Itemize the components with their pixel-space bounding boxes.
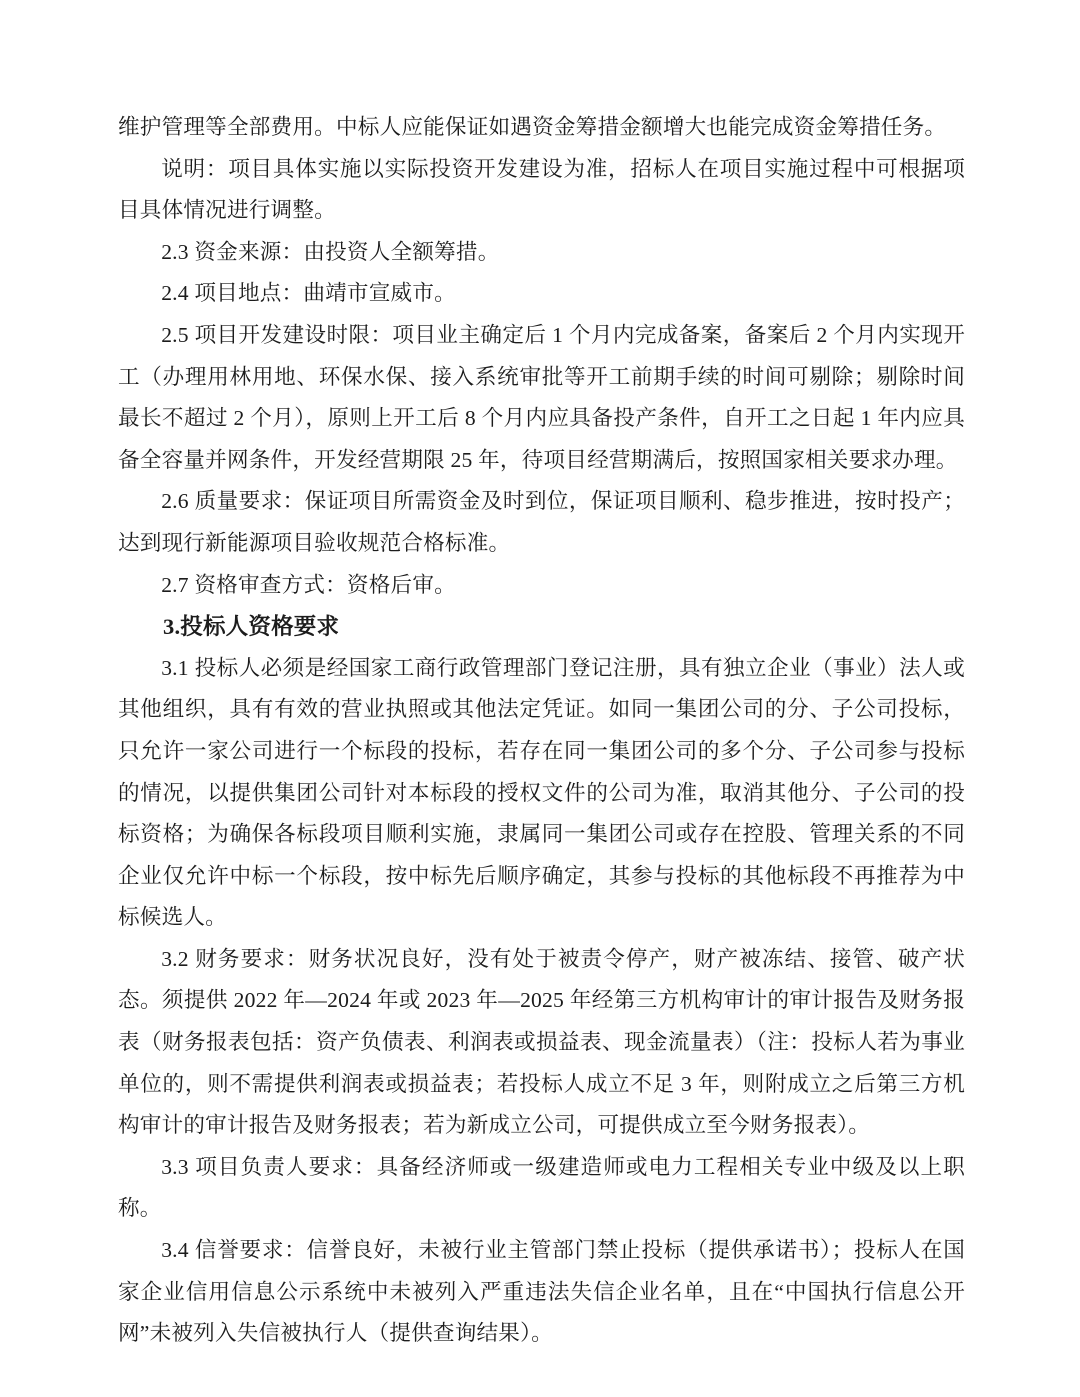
clause-2-4: 2.4 项目地点：曲靖市宣威市。 (118, 273, 965, 315)
section-3-heading: 3.投标人资格要求 (118, 606, 965, 648)
paragraph-continuation: 维护管理等全部费用。中标人应能保证如遇资金筹措金额增大也能完成资金筹措任务。 (118, 107, 965, 149)
document-body: 维护管理等全部费用。中标人应能保证如遇资金筹措金额增大也能完成资金筹措任务。 说… (118, 107, 965, 1355)
clause-2-7: 2.7 资格审查方式：资格后审。 (118, 565, 965, 607)
clause-3-4: 3.4 信誉要求：信誉良好，未被行业主管部门禁止投标（提供承诺书）；投标人在国家… (118, 1230, 965, 1355)
clause-3-3: 3.3 项目负责人要求：具备经济师或一级建造师或电力工程相关专业中级及以上职称。 (118, 1147, 965, 1230)
clause-2-5: 2.5 项目开发建设时限：项目业主确定后 1 个月内完成备案，备案后 2 个月内… (118, 315, 965, 481)
paragraph-note: 说明：项目具体实施以实际投资开发建设为准，招标人在项目实施过程中可根据项目具体情… (118, 149, 965, 232)
clause-2-6: 2.6 质量要求：保证项目所需资金及时到位，保证项目顺利、稳步推进，按时投产；达… (118, 481, 965, 564)
clause-2-3: 2.3 资金来源：由投资人全额筹措。 (118, 232, 965, 274)
document-page: 维护管理等全部费用。中标人应能保证如遇资金筹措金额增大也能完成资金筹措任务。 说… (0, 0, 1080, 1397)
clause-3-2: 3.2 财务要求：财务状况良好，没有处于被责令停产，财产被冻结、接管、破产状态。… (118, 939, 965, 1147)
clause-3-1: 3.1 投标人必须是经国家工商行政管理部门登记注册，具有独立企业（事业）法人或其… (118, 648, 965, 939)
